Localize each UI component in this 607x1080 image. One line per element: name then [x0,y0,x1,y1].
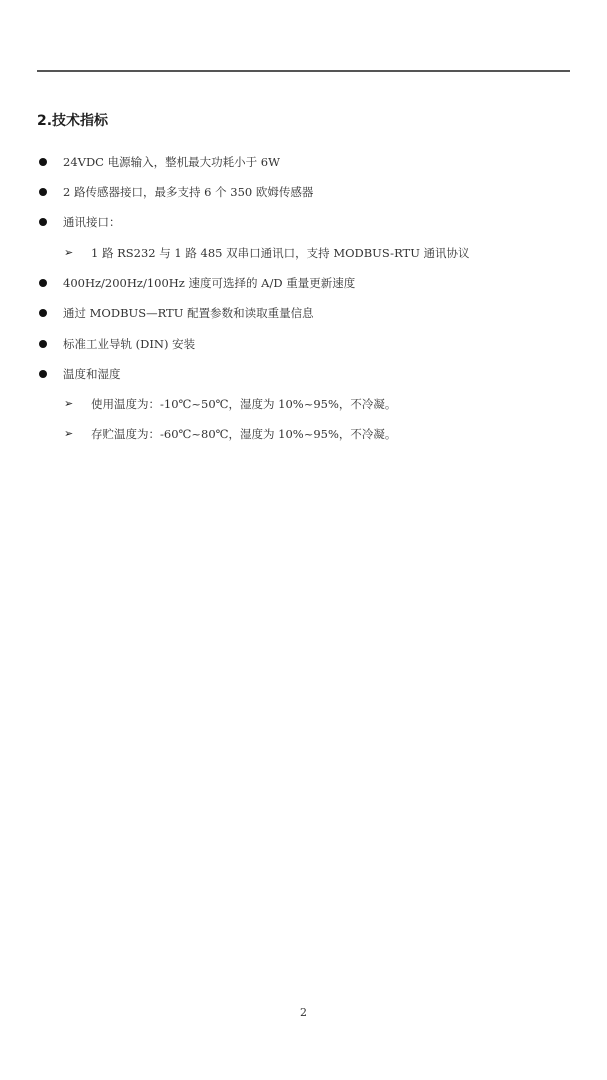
bullet-icon [39,158,47,166]
list-item-text: 24VDC 电源输入，整机最大功耗小于 6W [63,152,280,172]
arrow-bullet-icon: ➢ [64,243,73,263]
bullet-icon [39,188,47,196]
list-item-text: 使用温度为：-10℃~50℃，湿度为 10%~95%，不冷凝。 [91,394,396,414]
list-item-text: 存贮温度为：-60℃~80℃，湿度为 10%~95%，不冷凝。 [91,424,396,444]
list-item-text: 2 路传感器接口，最多支持 6 个 350 欧姆传感器 [63,182,313,202]
header-rule [37,70,570,72]
bullet-icon [39,279,47,287]
list-item-text: 温度和湿度 [63,364,121,384]
list-item-text: 400Hz/200Hz/100Hz 速度可选择的 A/D 重量更新速度 [63,273,355,293]
bullet-icon [39,370,47,378]
list-item-text: 1 路 RS232 与 1 路 485 双串口通讯口，支持 MODBUS-RTU… [91,243,470,263]
arrow-bullet-icon: ➢ [64,394,73,414]
section-title: 2.技术指标 [37,110,108,130]
bullet-icon [39,218,47,226]
bullet-icon [39,309,47,317]
list-item-text: 通讯接口： [63,212,121,232]
arrow-bullet-icon: ➢ [64,424,73,444]
bullet-icon [39,340,47,348]
page-number: 2 [0,1006,607,1019]
list-item-text: 通过 MODBUS—RTU 配置参数和读取重量信息 [63,303,314,323]
list-item-text: 标准工业导轨 (DIN) 安装 [63,334,195,354]
document-page: 2.技术指标 24VDC 电源输入，整机最大功耗小于 6W 2 路传感器接口，最… [0,0,607,1080]
